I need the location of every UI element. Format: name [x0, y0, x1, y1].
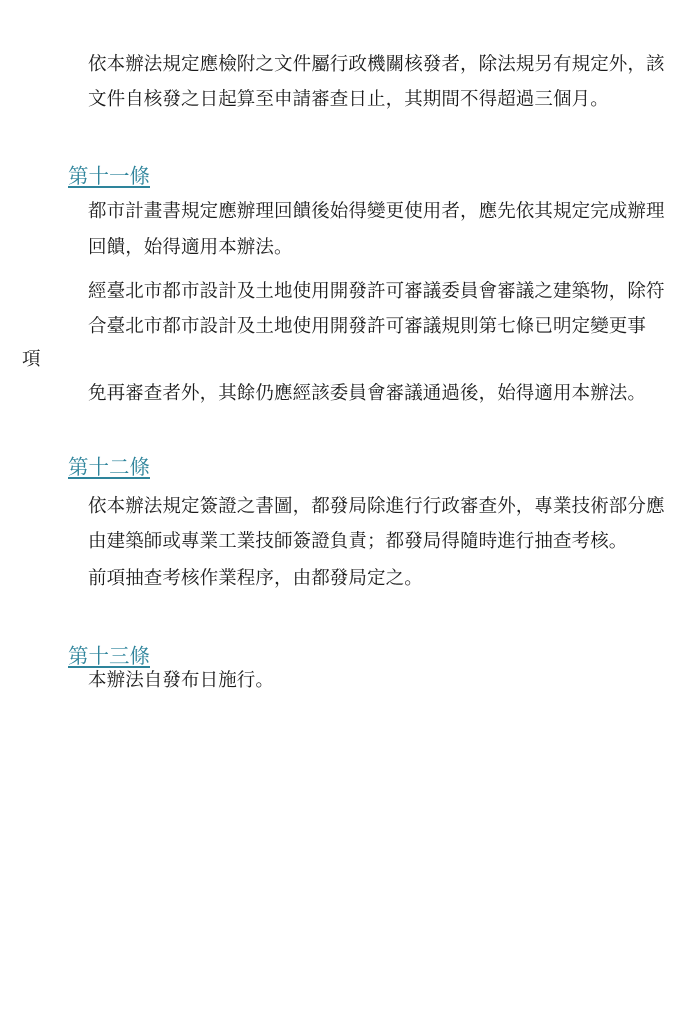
article-13-heading-link[interactable]: 第十三條: [68, 645, 150, 668]
article-11-body-line: 合臺北市都市設計及土地使用開發許可審議規則第七條已明定變更事: [88, 316, 646, 337]
article-11-body-line: 都市計畫書規定應辦理回饋後始得變更使用者，應先依其規定完成辦理: [88, 201, 665, 222]
article-11-body-line: 免再審查者外，其餘仍應經該委員會審議通過後，始得適用本辦法。: [88, 383, 646, 404]
article-12-body-line: 依本辦法規定簽證之書圖，都發局除進行行政審查外，專業技術部分應: [88, 496, 665, 517]
article-11-heading-link[interactable]: 第十一條: [68, 165, 150, 188]
intro-paragraph-line: 依本辦法規定應檢附之文件屬行政機關核發者，除法規另有規定外，該: [88, 54, 665, 75]
article-13-body-line: 本辦法自發布日施行。: [88, 670, 274, 691]
article-11-body-line: 經臺北市都市設計及土地使用開發許可審議委員會審議之建築物，除符: [88, 281, 665, 302]
article-12-body-line: 前項抽查考核作業程序，由都發局定之。: [88, 568, 423, 589]
article-12-body-line: 由建築師或專業工業技師簽證負責；都發局得隨時進行抽查考核。: [88, 531, 627, 552]
article-12-heading-link[interactable]: 第十二條: [68, 456, 150, 479]
document-page: 依本辦法規定應檢附之文件屬行政機關核發者，除法規另有規定外，該 文件自核發之日起…: [0, 0, 696, 1024]
article-11-body-line: 回饋，始得適用本辦法。: [88, 237, 293, 258]
article-11-body-line-hanging: 項: [22, 349, 41, 370]
intro-paragraph-line: 文件自核發之日起算至申請審查日止，其期間不得超過三個月。: [88, 89, 609, 110]
